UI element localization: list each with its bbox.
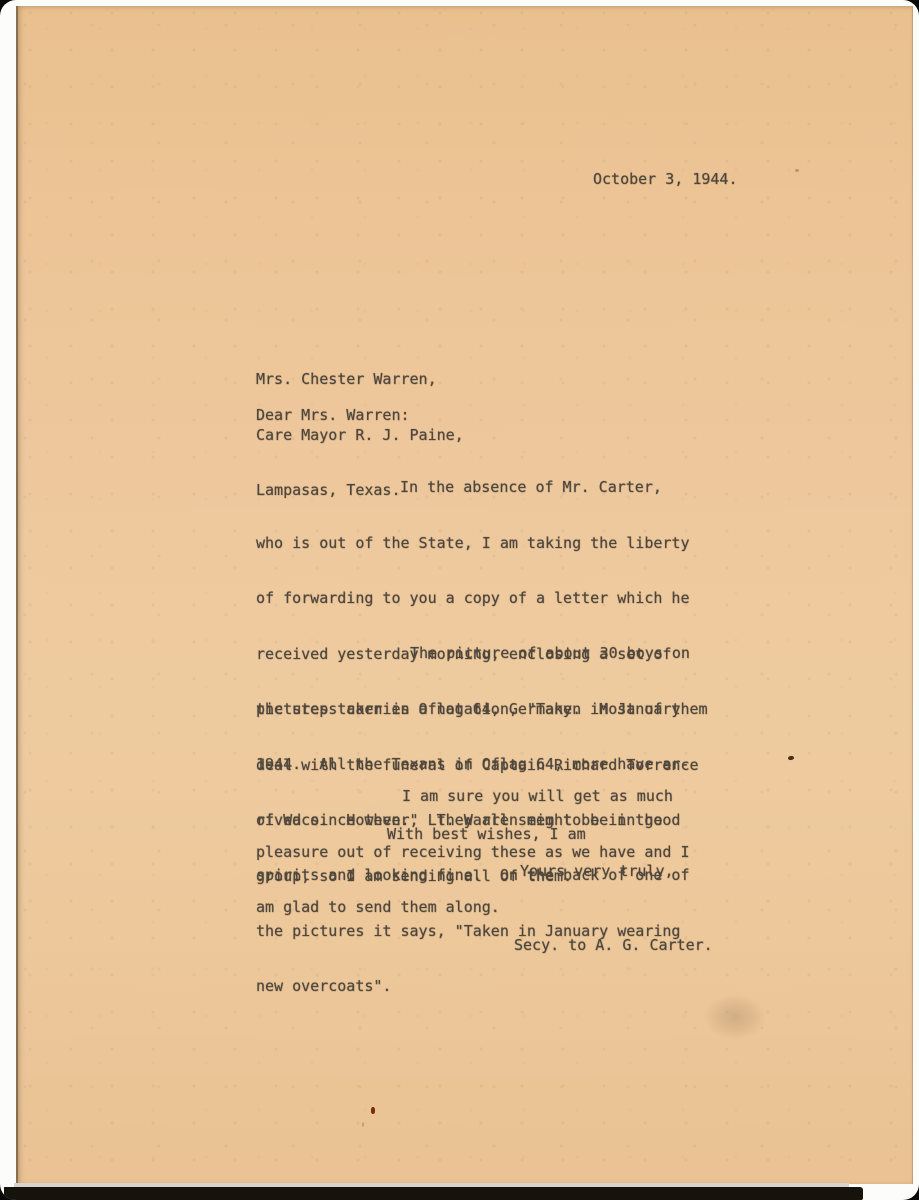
letter-line: of forwarding to you a copy of a letter … [256, 589, 708, 608]
recipient-name: Mrs. Chester Warren, [256, 370, 464, 389]
scanned-letter-image: October 3, 1944. Mrs. Chester Warren, Ca… [0, 0, 919, 1200]
letter-line: I am sure you will get as much [256, 787, 689, 806]
paper-speck [371, 1107, 375, 1114]
valediction: Yours very truly, [520, 862, 674, 881]
letter-line: The picture of about 30 boys on [256, 644, 690, 663]
salutation: Dear Mrs. Warren: [256, 406, 410, 425]
signature-line: Secy. to A. G. Carter. [514, 936, 713, 955]
letter-line: In the absence of Mr. Carter, [256, 478, 708, 497]
date-line: October 3, 1944. [593, 170, 738, 189]
letter-line: who is out of the State, I am taking the… [256, 534, 708, 553]
paper-speck [795, 169, 799, 172]
letter-line: the steps carries a notation, "Taken in … [256, 700, 690, 719]
body-paragraph-3: I am sure you will get as much pleasure … [256, 750, 689, 954]
letter-line: am glad to send them along. [256, 898, 689, 917]
closing-line: With best wishes, I am [387, 825, 586, 844]
scan-frame: October 3, 1944. Mrs. Chester Warren, Ca… [0, 0, 919, 1200]
letter-line: pleasure out of receiving these as we ha… [256, 843, 689, 862]
letter-line: new overcoats". [256, 977, 690, 996]
scan-edge-shadow [4, 1187, 863, 1200]
paper-smudge [705, 995, 765, 1039]
